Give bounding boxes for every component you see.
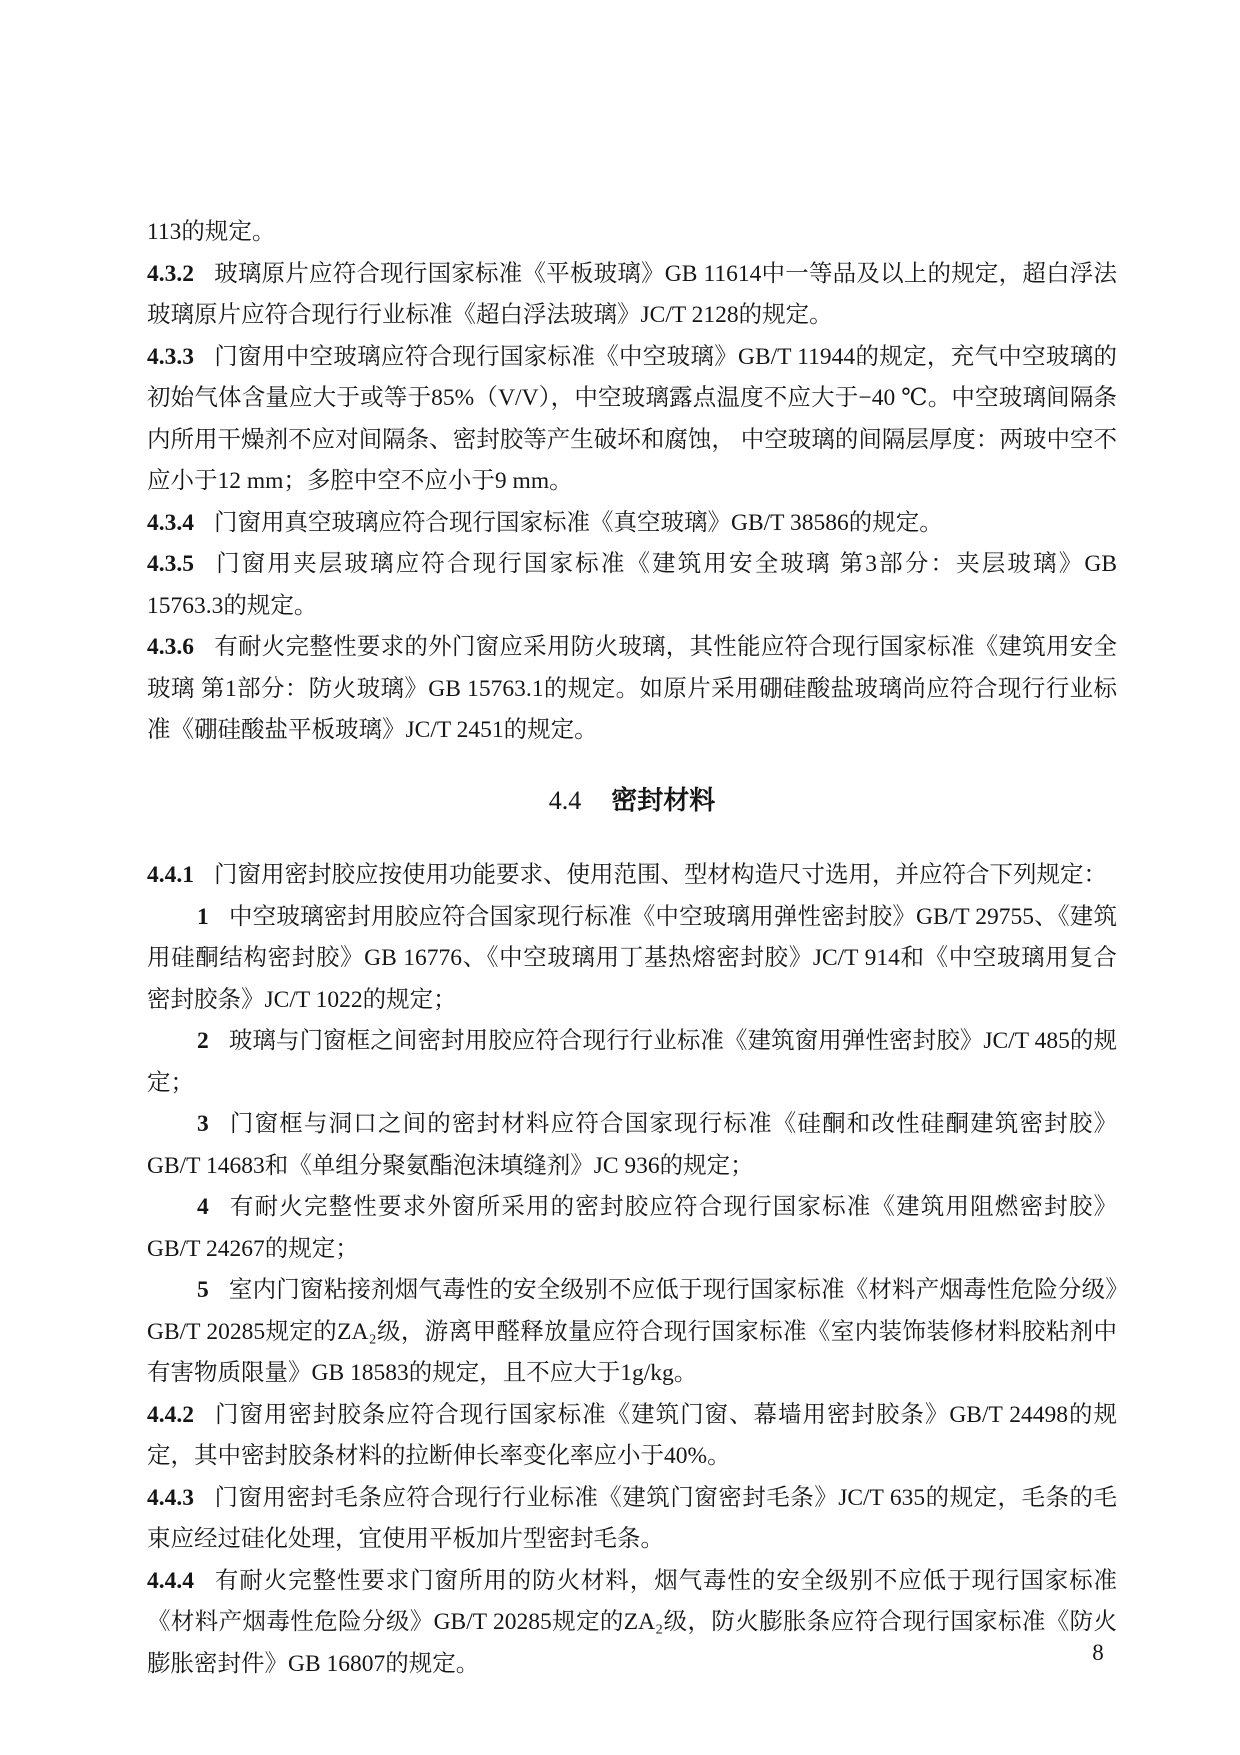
clause-text: 门窗用密封胶条应符合现行国家标准《建筑门窗、幕墙用密封胶条》GB/T 24498… — [147, 1402, 1117, 1470]
subitem-number: 4 — [197, 1194, 209, 1220]
clause-number: 4.4.4 — [147, 1568, 194, 1594]
clause-4-3-2: 4.3.2玻璃原片应符合现行国家标准《平板玻璃》GB 11614中一等品及以上的… — [147, 254, 1117, 337]
subitem-number: 3 — [197, 1111, 209, 1137]
clause-text: 门窗用真空玻璃应符合现行国家标准《真空玻璃》GB/T 38586的规定。 — [214, 510, 943, 536]
subitem-text: 门窗框与洞口之间的密封材料应符合国家现行标准《硅酮和改性硅酮建筑密封胶》GB/T… — [147, 1111, 1117, 1179]
clause-number: 4.4.3 — [147, 1485, 194, 1511]
document-body: 113的规定。 4.3.2玻璃原片应符合现行国家标准《平板玻璃》GB 11614… — [147, 212, 1117, 1685]
subitem-text: 玻璃与门窗框之间密封用胶应符合现行行业标准《建筑窗用弹性密封胶》JC/T 485… — [147, 1028, 1117, 1096]
subitem-2: 2玻璃与门窗框之间密封用胶应符合现行行业标准《建筑窗用弹性密封胶》JC/T 48… — [147, 1021, 1117, 1104]
clause-text: 门窗用夹层玻璃应符合现行国家标准《建筑用安全玻璃 第3部分：夹层玻璃》GB 15… — [147, 551, 1117, 619]
section-number: 4.4 — [549, 786, 582, 815]
clause-text: 门窗用密封毛条应符合现行行业标准《建筑门窗密封毛条》JC/T 635的规定，毛条… — [147, 1485, 1117, 1553]
clause-number: 4.3.4 — [147, 510, 194, 536]
clause-4-3-6: 4.3.6有耐火完整性要求的外门窗应采用防火玻璃，其性能应符合现行国家标准《建筑… — [147, 627, 1117, 752]
clause-text: 门窗用中空玻璃应符合现行国家标准《中空玻璃》GB/T 11944的规定，充气中空… — [147, 344, 1117, 495]
section-heading-4-4: 4.4密封材料 — [147, 780, 1117, 822]
clause-number: 4.4.2 — [147, 1402, 194, 1428]
clause-4-3-3: 4.3.3门窗用中空玻璃应符合现行国家标准《中空玻璃》GB/T 11944的规定… — [147, 337, 1117, 503]
subitem-text: 室内门窗粘接剂烟气毒性的安全级别不应低于现行国家标准《材料产烟毒性危险分级》GB… — [147, 1277, 1117, 1386]
clause-text: 玻璃原片应符合现行国家标准《平板玻璃》GB 11614中一等品及以上的规定，超白… — [147, 261, 1117, 329]
paragraph-text: 113的规定。 — [147, 219, 275, 245]
paragraph-continuation: 113的规定。 — [147, 212, 1117, 254]
subitem-text: 中空玻璃密封用胶应符合国家现行标准《中空玻璃用弹性密封胶》GB/T 29755、… — [147, 904, 1117, 1013]
clause-number: 4.3.5 — [147, 551, 194, 577]
subitem-number: 5 — [197, 1277, 209, 1303]
page-number: 8 — [1078, 1632, 1118, 1674]
subitem-1: 1中空玻璃密封用胶应符合国家现行标准《中空玻璃用弹性密封胶》GB/T 29755… — [147, 897, 1117, 1022]
clause-4-4-4: 4.4.4有耐火完整性要求门窗所用的防火材料，烟气毒性的安全级别不应低于现行国家… — [147, 1561, 1117, 1686]
subitem-text: 有耐火完整性要求外窗所采用的密封胶应符合现行国家标准《建筑用阻燃密封胶》GB/T… — [147, 1194, 1117, 1262]
clause-text: 有耐火完整性要求门窗所用的防火材料，烟气毒性的安全级别不应低于现行国家标准《材料… — [147, 1568, 1117, 1677]
document-page: 113的规定。 4.3.2玻璃原片应符合现行国家标准《平板玻璃》GB 11614… — [0, 0, 1240, 1755]
clause-number: 4.3.2 — [147, 261, 194, 287]
section-title: 密封材料 — [611, 785, 715, 815]
subitem-number: 2 — [197, 1028, 209, 1054]
subitem-3: 3门窗框与洞口之间的密封材料应符合国家现行标准《硅酮和改性硅酮建筑密封胶》GB/… — [147, 1104, 1117, 1187]
subitem-number: 1 — [197, 904, 209, 930]
clause-4-3-4: 4.3.4门窗用真空玻璃应符合现行国家标准《真空玻璃》GB/T 38586的规定… — [147, 503, 1117, 545]
clause-number: 4.3.6 — [147, 634, 194, 660]
clause-number: 4.3.3 — [147, 344, 194, 370]
clause-number: 4.4.1 — [147, 862, 194, 888]
clause-4-4-3: 4.4.3门窗用密封毛条应符合现行行业标准《建筑门窗密封毛条》JC/T 635的… — [147, 1478, 1117, 1561]
clause-4-4-1: 4.4.1门窗用密封胶应按使用功能要求、使用范围、型材构造尺寸选用，并应符合下列… — [147, 855, 1117, 897]
subitem-5: 5室内门窗粘接剂烟气毒性的安全级别不应低于现行国家标准《材料产烟毒性危险分级》G… — [147, 1270, 1117, 1395]
clause-text: 门窗用密封胶应按使用功能要求、使用范围、型材构造尺寸选用，并应符合下列规定： — [214, 862, 1107, 888]
subitem-4: 4有耐火完整性要求外窗所采用的密封胶应符合现行国家标准《建筑用阻燃密封胶》GB/… — [147, 1187, 1117, 1270]
clause-text: 有耐火完整性要求的外门窗应采用防火玻璃，其性能应符合现行国家标准《建筑用安全玻璃… — [147, 634, 1117, 743]
clause-4-3-5: 4.3.5门窗用夹层玻璃应符合现行国家标准《建筑用安全玻璃 第3部分：夹层玻璃》… — [147, 544, 1117, 627]
clause-4-4-2: 4.4.2门窗用密封胶条应符合现行国家标准《建筑门窗、幕墙用密封胶条》GB/T … — [147, 1395, 1117, 1478]
